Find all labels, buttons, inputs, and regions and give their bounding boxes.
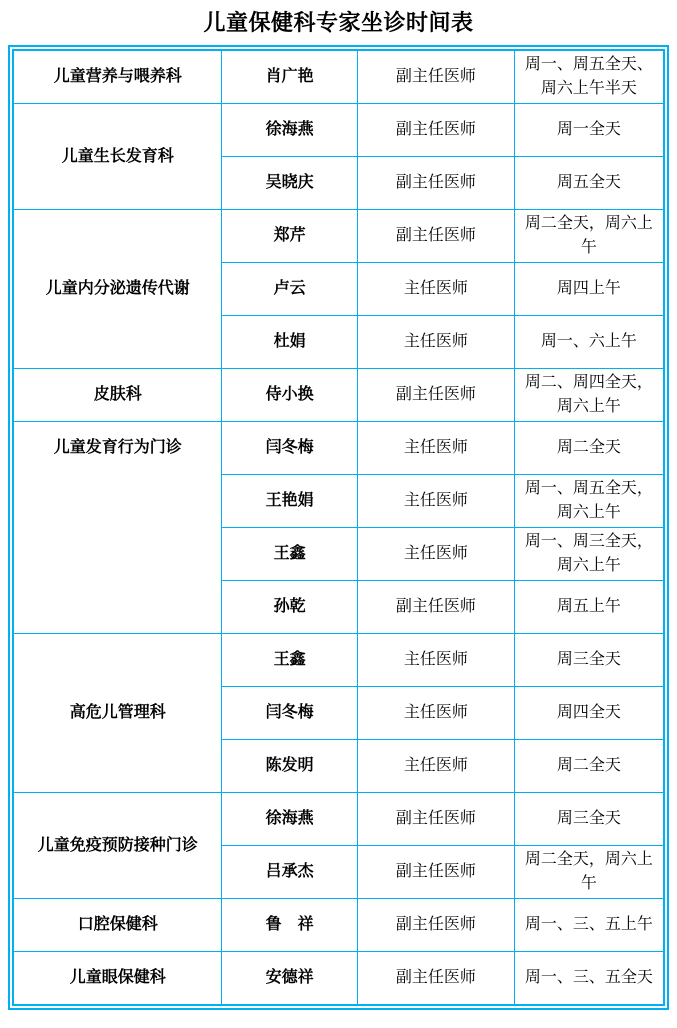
doctor-name-cell: 徐海燕 (222, 793, 357, 846)
doctor-name-cell: 鲁 祥 (222, 899, 357, 952)
schedule-cell: 周一、周三全天，周六上午 (514, 528, 664, 581)
doctor-name-cell: 杜娟 (222, 316, 357, 369)
department-cell: 儿童眼保健科 (13, 952, 222, 1005)
doctor-title-cell: 副主任医师 (357, 50, 514, 104)
doctor-title-cell: 副主任医师 (357, 952, 514, 1005)
schedule-cell: 周一、三、五上午 (514, 899, 664, 952)
schedule-table-body: 儿童营养与喂养科肖广艳副主任医师周一、周五全天、周六上午半天儿童生长发育科徐海燕… (13, 50, 664, 1005)
doctor-title-cell: 副主任医师 (357, 846, 514, 899)
doctor-name-cell: 孙乾 (222, 581, 357, 634)
doctor-name-cell: 郑芹 (222, 210, 357, 263)
doctor-name-cell: 侍小换 (222, 369, 357, 422)
department-cell: 儿童免疫预防接种门诊 (13, 793, 222, 899)
schedule-cell: 周二全天，周六上午 (514, 846, 664, 899)
schedule-cell: 周五上午 (514, 581, 664, 634)
doctor-name-cell: 吴晓庆 (222, 157, 357, 210)
schedule-cell: 周二全天 (514, 422, 664, 475)
schedule-cell: 周五全天 (514, 157, 664, 210)
schedule-cell: 周四全天 (514, 687, 664, 740)
department-cell: 皮肤科 (13, 369, 222, 422)
table-row: 儿童发育行为门诊闫冬梅主任医师周二全天 (13, 422, 664, 475)
table-row: 儿童内分泌遗传代谢郑芹副主任医师周二全天，周六上午 (13, 210, 664, 263)
schedule-cell: 周二、周四全天，周六上午 (514, 369, 664, 422)
doctor-name-cell: 肖广艳 (222, 50, 357, 104)
schedule-cell: 周一、周五全天，周六上午 (514, 475, 664, 528)
doctor-name-cell: 吕承杰 (222, 846, 357, 899)
doctor-title-cell: 副主任医师 (357, 899, 514, 952)
doctor-name-cell: 安德祥 (222, 952, 357, 1005)
department-cell: 儿童营养与喂养科 (13, 50, 222, 104)
table-row: 儿童营养与喂养科肖广艳副主任医师周一、周五全天、周六上午半天 (13, 50, 664, 104)
doctor-name-cell: 闫冬梅 (222, 687, 357, 740)
doctor-title-cell: 主任医师 (357, 422, 514, 475)
doctor-title-cell: 主任医师 (357, 740, 514, 793)
doctor-title-cell: 副主任医师 (357, 369, 514, 422)
doctor-title-cell: 主任医师 (357, 634, 514, 687)
schedule-cell: 周一、三、五全天 (514, 952, 664, 1005)
schedule-cell: 周二全天 (514, 740, 664, 793)
doctor-title-cell: 主任医师 (357, 528, 514, 581)
department-cell: 儿童内分泌遗传代谢 (13, 210, 222, 369)
table-row: 儿童生长发育科徐海燕副主任医师周一全天 (13, 104, 664, 157)
doctor-title-cell: 主任医师 (357, 687, 514, 740)
schedule-cell: 周二全天，周六上午 (514, 210, 664, 263)
doctor-name-cell: 王鑫 (222, 528, 357, 581)
schedule-table-frame: 儿童营养与喂养科肖广艳副主任医师周一、周五全天、周六上午半天儿童生长发育科徐海燕… (8, 45, 669, 1010)
schedule-cell: 周一全天 (514, 104, 664, 157)
department-cell: 高危儿管理科 (13, 634, 222, 793)
doctor-title-cell: 主任医师 (357, 475, 514, 528)
table-row: 儿童眼保健科安德祥副主任医师周一、三、五全天 (13, 952, 664, 1005)
schedule-cell: 周四上午 (514, 263, 664, 316)
doctor-title-cell: 主任医师 (357, 263, 514, 316)
doctor-name-cell: 陈发明 (222, 740, 357, 793)
doctor-name-cell: 徐海燕 (222, 104, 357, 157)
page-title: 儿童保健科专家坐诊时间表 (0, 8, 677, 38)
department-cell: 儿童生长发育科 (13, 104, 222, 210)
doctor-title-cell: 主任医师 (357, 316, 514, 369)
doctor-name-cell: 卢云 (222, 263, 357, 316)
doctor-title-cell: 副主任医师 (357, 581, 514, 634)
doctor-title-cell: 副主任医师 (357, 793, 514, 846)
table-row: 高危儿管理科王鑫主任医师周三全天 (13, 634, 664, 687)
table-row: 皮肤科侍小换副主任医师周二、周四全天，周六上午 (13, 369, 664, 422)
department-cell: 儿童发育行为门诊 (13, 422, 222, 634)
department-cell: 口腔保健科 (13, 899, 222, 952)
schedule-cell: 周三全天 (514, 634, 664, 687)
doctor-title-cell: 副主任医师 (357, 210, 514, 263)
doctor-name-cell: 王鑫 (222, 634, 357, 687)
doctor-name-cell: 闫冬梅 (222, 422, 357, 475)
doctor-title-cell: 副主任医师 (357, 104, 514, 157)
schedule-cell: 周一、六上午 (514, 316, 664, 369)
doctor-name-cell: 王艳娟 (222, 475, 357, 528)
schedule-table: 儿童营养与喂养科肖广艳副主任医师周一、周五全天、周六上午半天儿童生长发育科徐海燕… (12, 49, 665, 1006)
table-row: 口腔保健科鲁 祥副主任医师周一、三、五上午 (13, 899, 664, 952)
schedule-cell: 周一、周五全天、周六上午半天 (514, 50, 664, 104)
doctor-title-cell: 副主任医师 (357, 157, 514, 210)
schedule-cell: 周三全天 (514, 793, 664, 846)
table-row: 儿童免疫预防接种门诊徐海燕副主任医师周三全天 (13, 793, 664, 846)
